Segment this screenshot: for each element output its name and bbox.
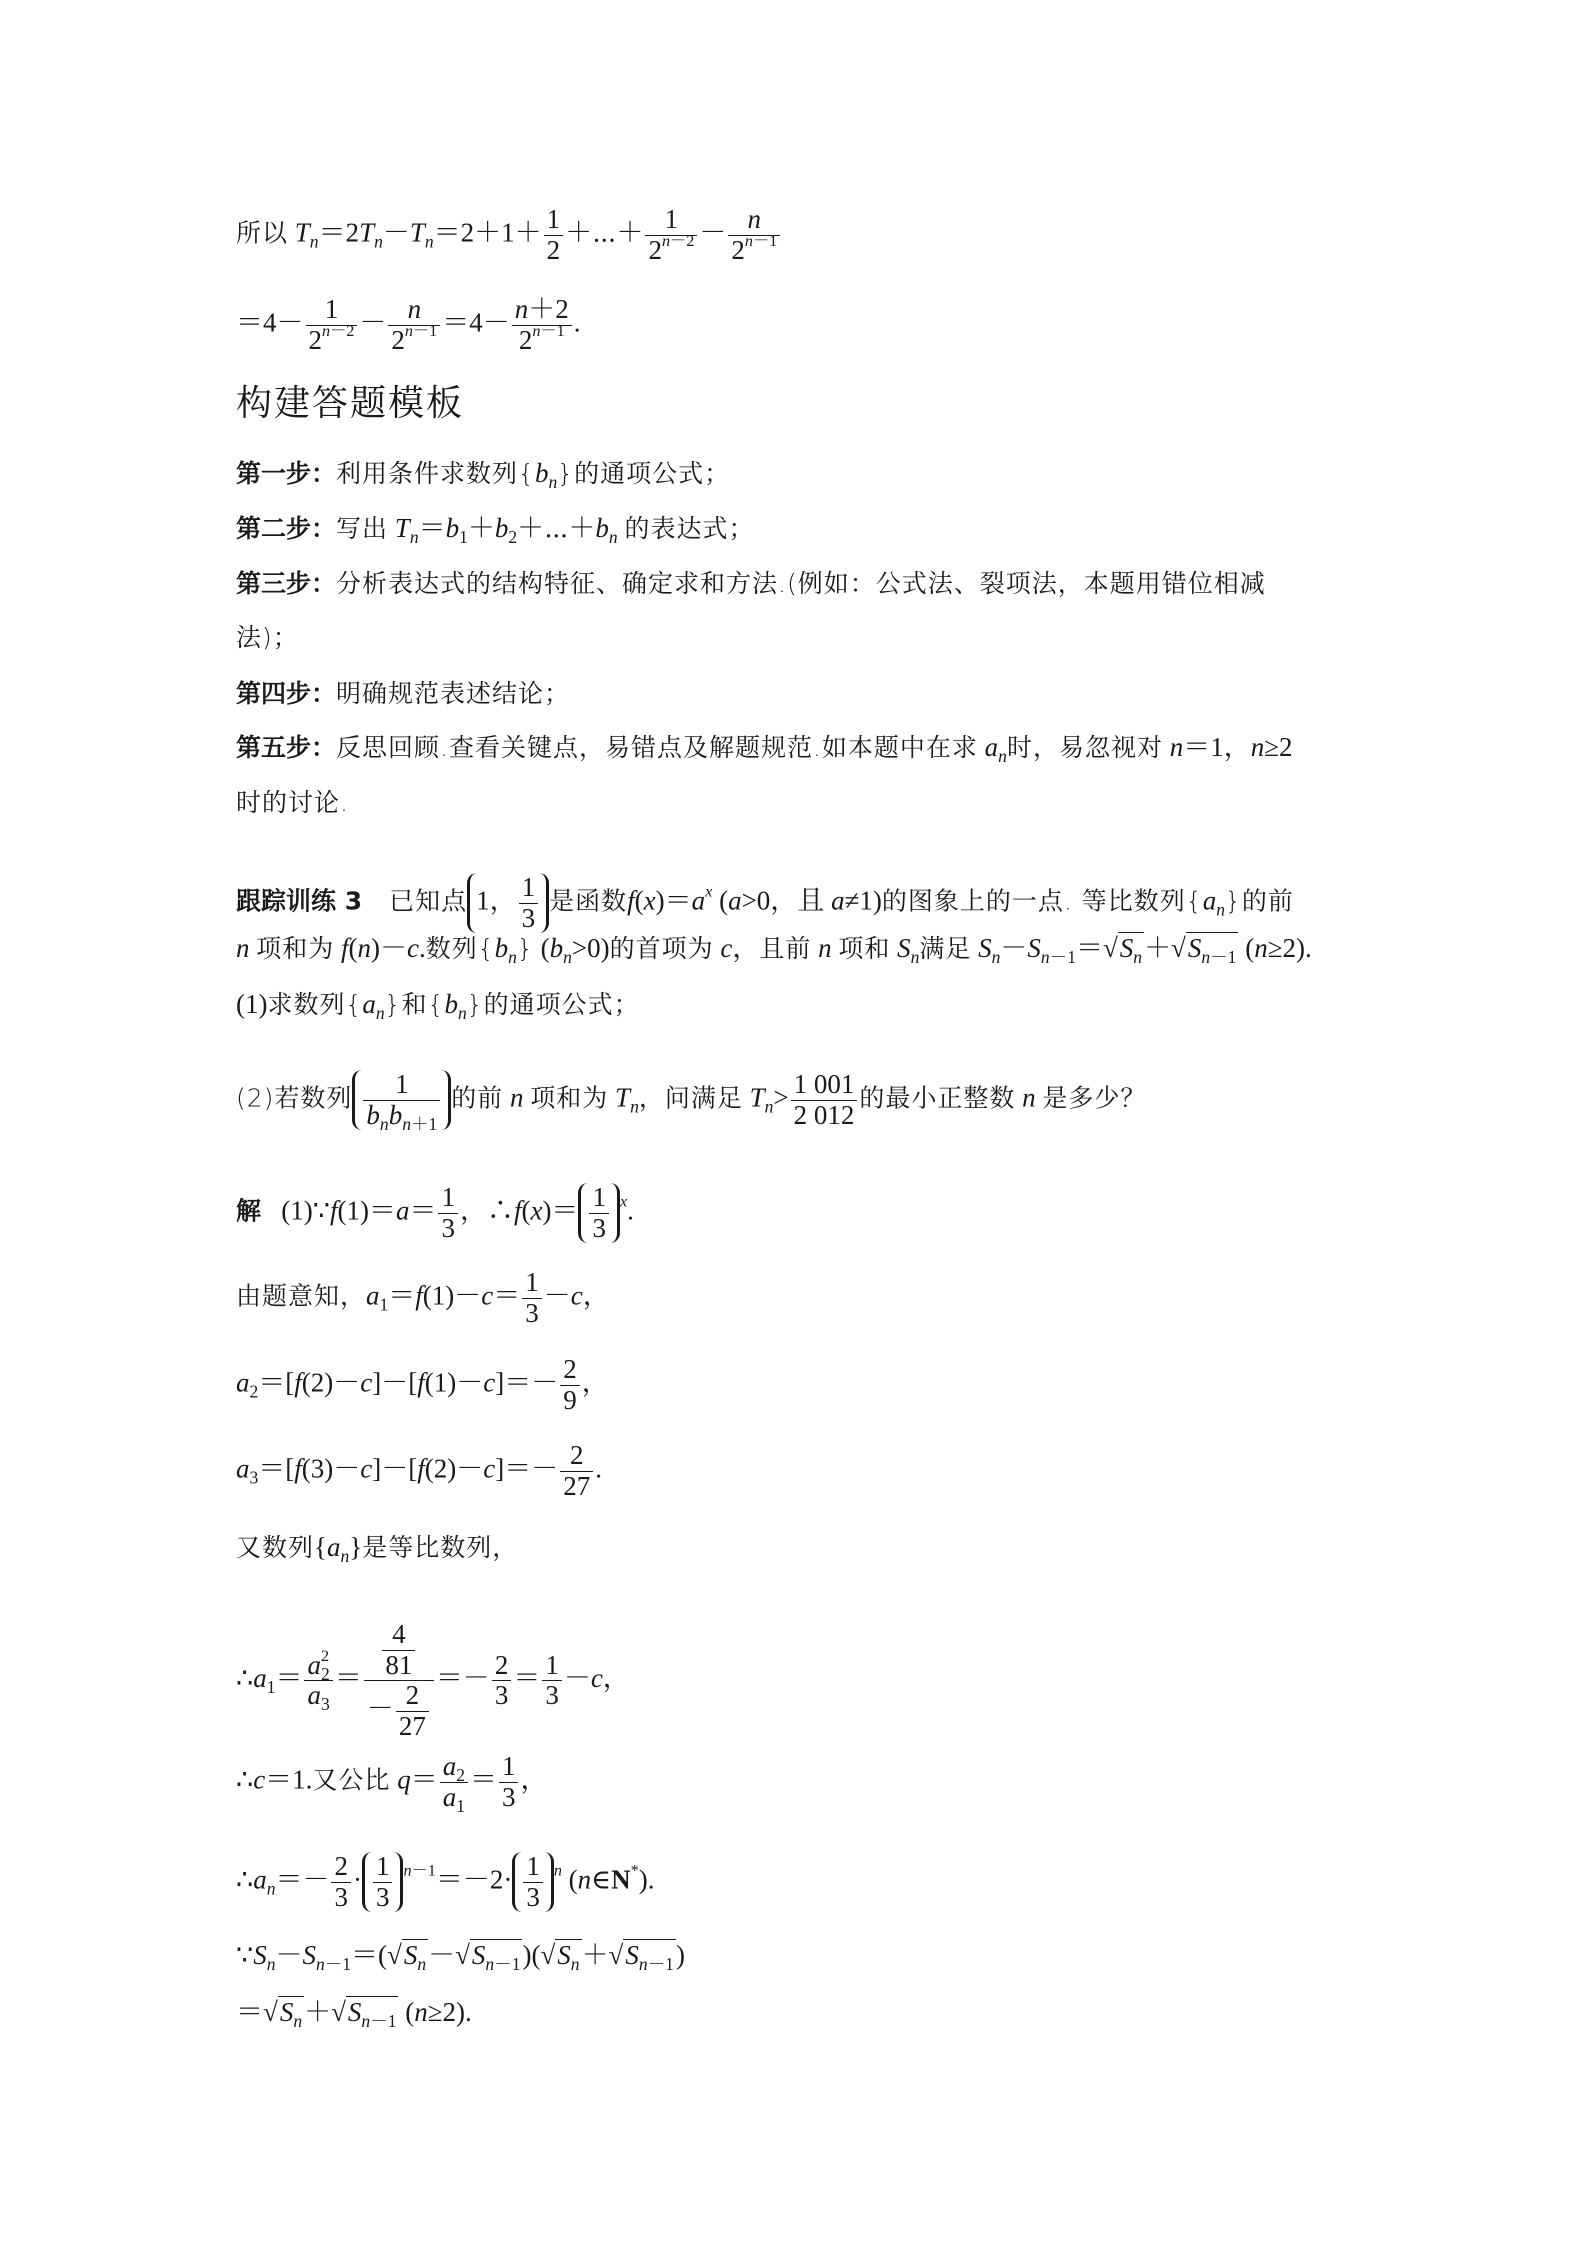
- step-3-cont: 法)；: [236, 617, 299, 658]
- solution-line-8: ∴an＝－23·13n－1＝－2·13n (n∈N*).: [236, 1852, 655, 1912]
- solution-text-3: 是等比数列，: [362, 1533, 518, 1562]
- step-5-cont: 时的讨论.: [236, 782, 349, 823]
- step-3-label: 第三步：: [236, 569, 336, 598]
- step-4: 第四步：明确规范表述结论；: [236, 673, 570, 714]
- exercise-text-1: 已知点: [389, 886, 467, 915]
- step-5-label: 第五步：: [236, 733, 336, 762]
- step-5-text-cont: 时的讨论.: [236, 788, 349, 817]
- threshold-denominator: 2 012: [791, 1101, 858, 1131]
- exercise-part-2: (2)若数列1bnbn＋1的前 n 项和为 Tn，问满足 Tn>1 0012 0…: [236, 1070, 1146, 1130]
- intro-prefix: 所以: [236, 218, 288, 247]
- step-3-text-cont: 法)；: [236, 623, 299, 652]
- solution-line-5: 又数列{an}是等比数列，: [236, 1527, 518, 1568]
- solution-text-1: 由题意知，: [236, 1281, 366, 1310]
- step-1-text-b: }的通项公式；: [557, 459, 730, 488]
- exercise-part-1: (1)求数列{an}和{bn}的通项公式；: [236, 984, 640, 1025]
- solution-line-6: ∴a1＝a22a3＝481－227＝－23＝13－c，: [236, 1620, 630, 1742]
- solution-line-1: 解 (1)∵f(1)＝a＝13，∴f(x)＝13x.: [236, 1183, 634, 1243]
- solution-line-4: a3＝[f(3)－c]－[f(2)－c]＝－227.: [236, 1441, 602, 1501]
- step-2-label: 第二步：: [236, 514, 336, 543]
- step-1-label: 第一步：: [236, 459, 336, 488]
- exercise-line-1: 跟踪训练 3 已知点1，13是函数f(x)＝ax (a>0，且 a≠1)的图象上…: [236, 873, 1294, 933]
- step-3-text: 分析表达式的结构特征、确定求和方法.(例如：公式法、裂项法，本题用错位相减: [336, 569, 1266, 598]
- step-5-text-b: 时，易忽视对: [1007, 733, 1163, 762]
- step-5-text-a: 反思回顾.查看关键点，易错点及解题规范.如本题中在求: [336, 733, 978, 762]
- point-paren: 1，13: [467, 873, 549, 933]
- step-1-text-a: 利用条件求数列{: [336, 459, 535, 488]
- solution-line-10: ＝√Sn＋√Sn－1 (n≥2).: [236, 1992, 472, 2032]
- solution-line-3: a2＝[f(2)－c]－[f(1)－c]＝－29，: [236, 1355, 609, 1415]
- step-2: 第二步：写出 Tn＝b1＋b2＋⋯＋bn 的表达式；: [236, 508, 754, 549]
- intro-line-1: 所以 Tn＝2Tn－Tn＝2＋1＋12＋⋯＋12n－2－n2n－1: [236, 205, 782, 265]
- intro-line-2: ＝4－12n－2－n2n－1＝4－n＋22n－1.: [236, 295, 581, 355]
- exercise-label: 跟踪训练 3: [236, 886, 362, 915]
- step-4-label: 第四步：: [236, 679, 336, 708]
- section-heading: 构建答题模板: [236, 384, 464, 424]
- step-4-text: 明确规范表述结论；: [336, 679, 570, 708]
- solution-text-2: 又数列: [236, 1533, 314, 1562]
- sequence-brace: 1bnbn＋1: [352, 1070, 451, 1130]
- exercise-text-2: 是函数: [549, 886, 627, 915]
- solution-line-2: 由题意知，a1＝f(1)－c＝13－c，: [236, 1268, 610, 1328]
- step-1: 第一步：利用条件求数列{bn}的通项公式；: [236, 453, 730, 494]
- exercise-line-2: n 项和为 f(n)－c.数列{bn} (bn>0)的首项为 c，且前 n 项和…: [236, 928, 1312, 969]
- step-3: 第三步：分析表达式的结构特征、确定求和方法.(例如：公式法、裂项法，本题用错位相…: [236, 563, 1266, 604]
- threshold-numerator: 1 001: [791, 1070, 858, 1101]
- solution-label: 解: [236, 1196, 261, 1225]
- solution-line-9: ∵Sn－Sn－1＝(√Sn－√Sn－1)(√Sn＋√Sn－1): [236, 1935, 685, 1975]
- solution-text-4: 又公比: [312, 1765, 390, 1794]
- solution-line-7: ∴c＝1.又公比 q＝a2a1＝13，: [236, 1752, 547, 1812]
- step-5: 第五步：反思回顾.查看关键点，易错点及解题规范.如本题中在求 an时，易忽视对 …: [236, 727, 1293, 768]
- part-2-text-a: (2)若数列: [236, 1083, 352, 1112]
- step-2-text-b: 的表达式；: [624, 514, 754, 543]
- step-2-text-a: 写出: [336, 514, 388, 543]
